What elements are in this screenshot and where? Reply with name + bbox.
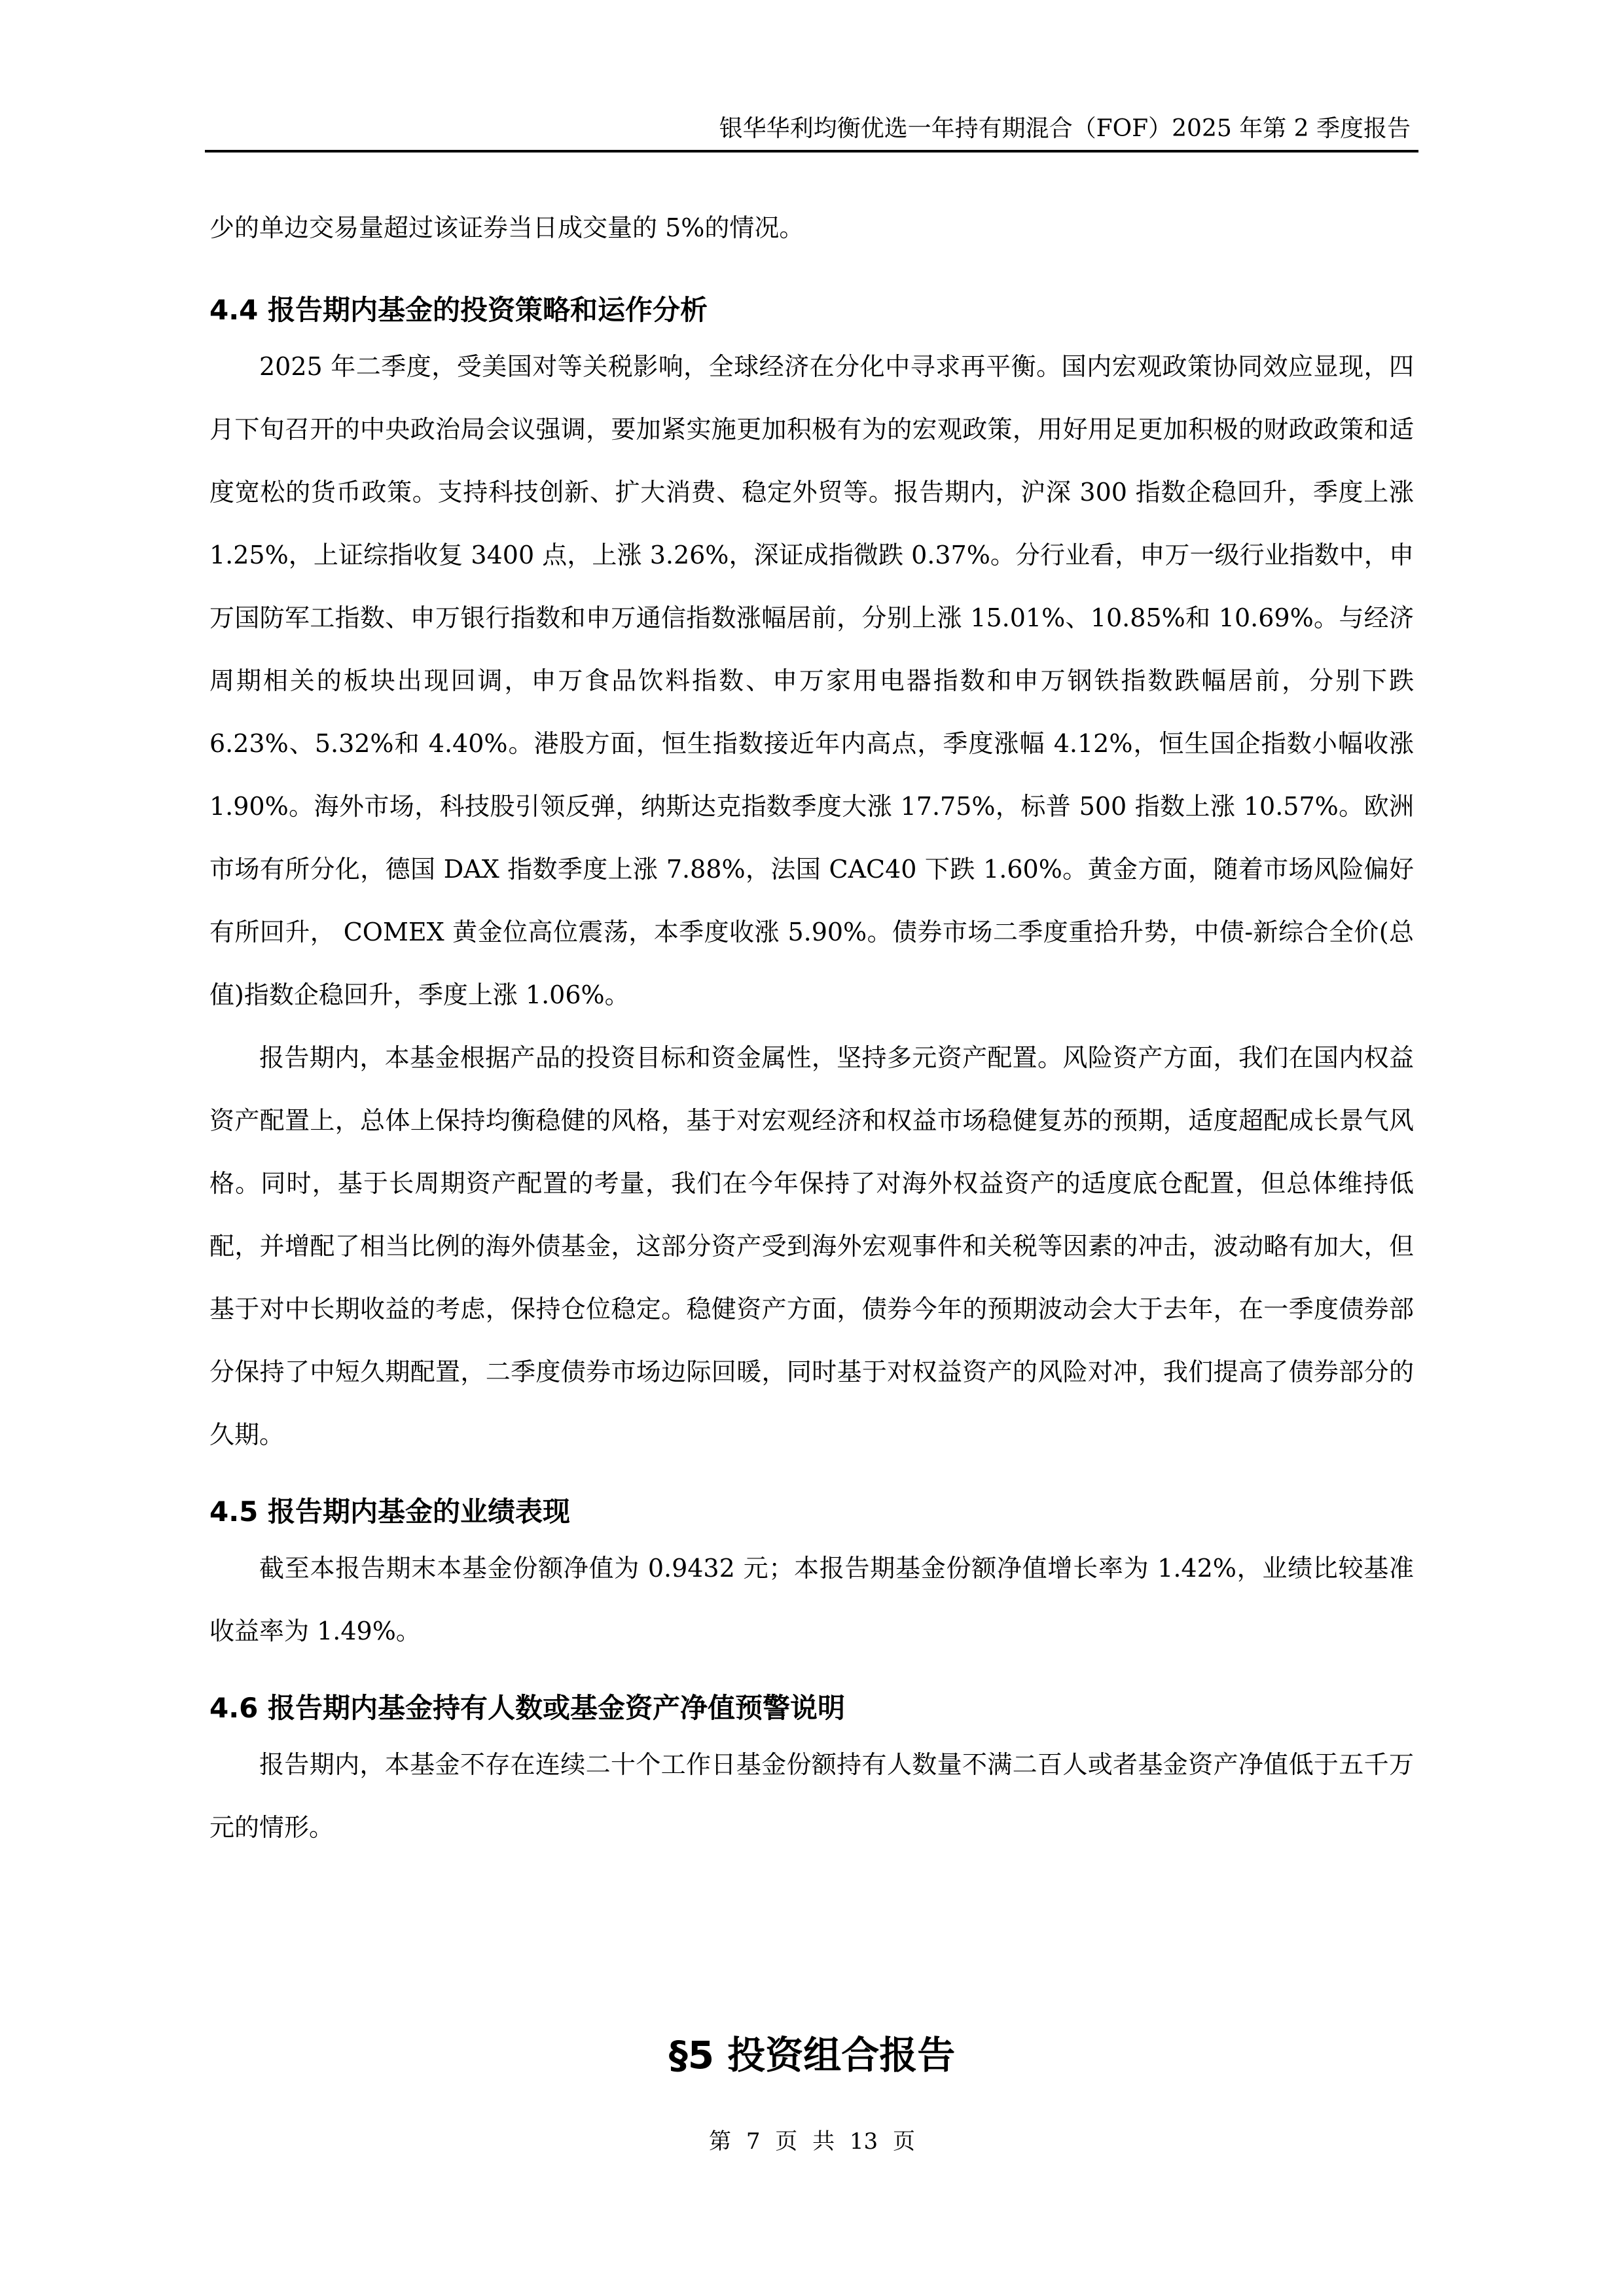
report-title: 银华华利均衡优选一年持有期混合（FOF）2025 年第 2 季度报告 — [719, 114, 1411, 144]
page-header: 银华华利均衡优选一年持有期混合（FOF）2025 年第 2 季度报告 — [205, 105, 1418, 152]
continuation-paragraph: 少的单边交易量超过该证券当日成交量的 5%的情况。 — [209, 196, 1414, 259]
section-heading-4-6: 4.6 报告期内基金持有人数或基金资产净值预警说明 — [209, 1689, 1414, 1728]
section-heading-4-5: 4.5 报告期内基金的业绩表现 — [209, 1492, 1414, 1532]
section-4-4-paragraph-2: 报告期内，本基金根据产品的投资目标和资金属性，坚持多元资产配置。风险资产方面，我… — [209, 1026, 1414, 1466]
chapter-title: §5 投资组合报告 — [0, 2029, 1624, 2081]
section-4-6-paragraph-1: 报告期内，本基金不存在连续二十个工作日基金份额持有人数量不满二百人或者基金资产净… — [209, 1733, 1414, 1859]
document-body: 少的单边交易量超过该证券当日成交量的 5%的情况。 4.4 报告期内基金的投资策… — [209, 196, 1414, 1859]
section-4-5-paragraph-1: 截至本报告期末本基金份额净值为 0.9432 元；本报告期基金份额净值增长率为 … — [209, 1537, 1414, 1662]
section-4-4-paragraph-1: 2025 年二季度，受美国对等关税影响，全球经济在分化中寻求再平衡。国内宏观政策… — [209, 335, 1414, 1026]
section-heading-4-4: 4.4 报告期内基金的投资策略和运作分析 — [209, 291, 1414, 330]
page-number: 第 7 页 共 13 页 — [0, 2127, 1624, 2156]
